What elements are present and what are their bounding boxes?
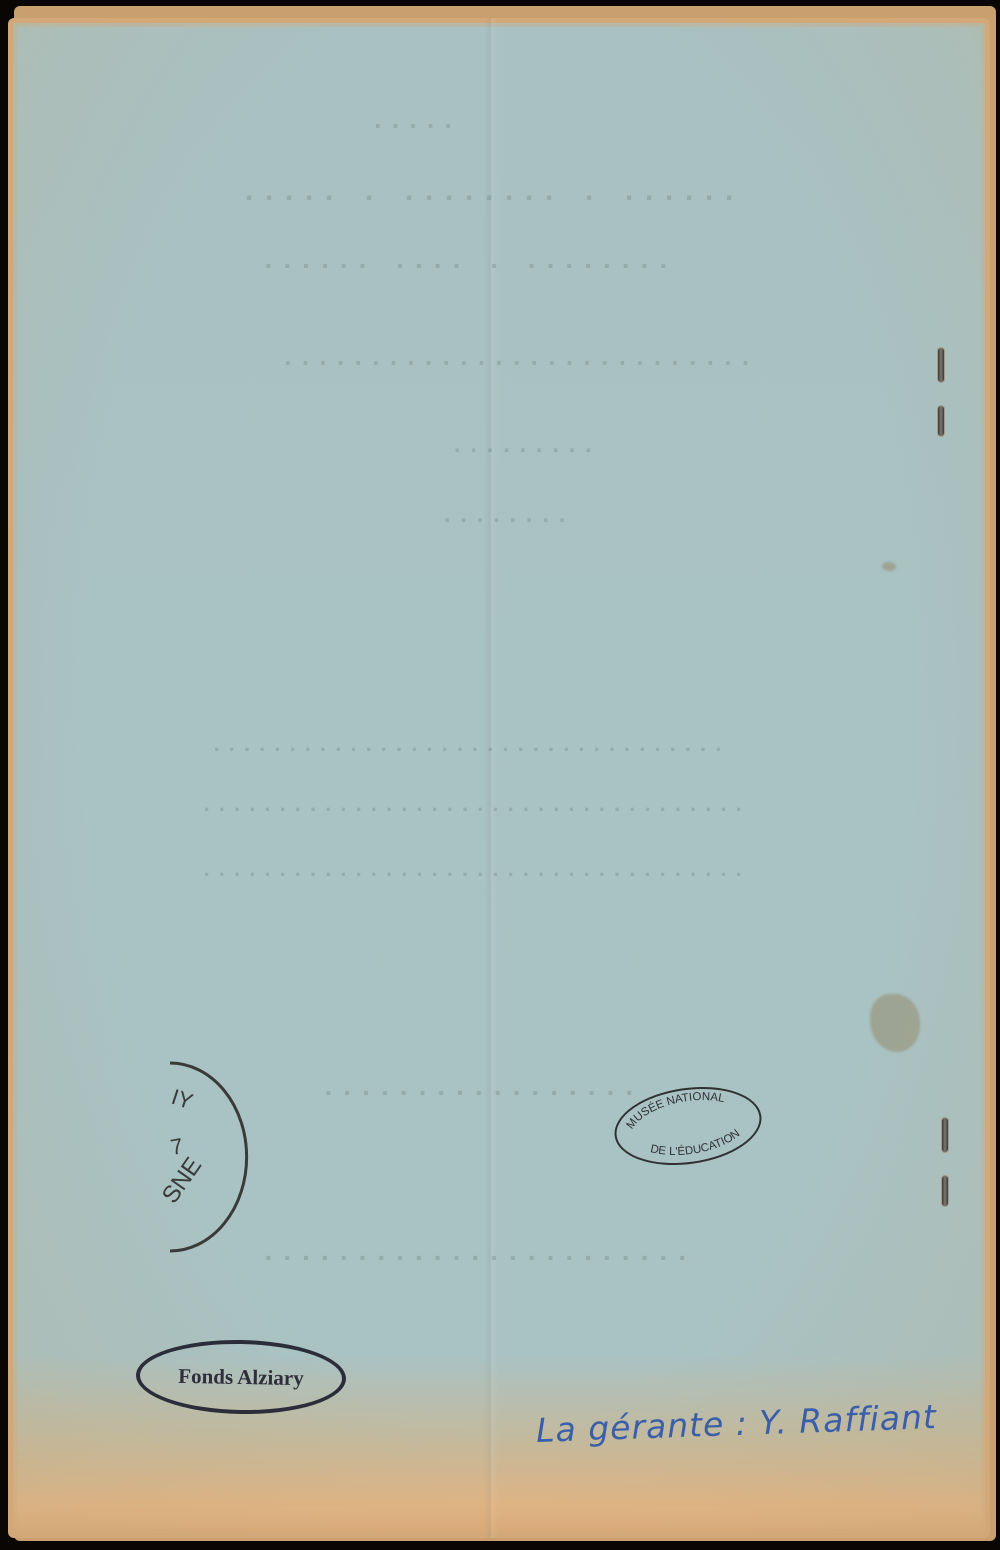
show-through-text: ...........................	[278, 343, 753, 373]
svg-text:IY: IY	[168, 1084, 196, 1114]
show-through-text: ........ . .... ......	[258, 246, 672, 277]
staple	[938, 406, 944, 436]
fonds-alziary-text: Fonds Alziary	[178, 1363, 304, 1390]
postmark-stamp: IY 7 SNE	[150, 1055, 250, 1260]
svg-text:DE L'ÉDUCATION: DE L'ÉDUCATION	[647, 1127, 744, 1163]
paper-stain	[870, 994, 920, 1052]
staple	[942, 1118, 948, 1152]
show-through-text: .......................	[258, 1238, 690, 1269]
show-through-text: .....	[368, 106, 456, 136]
svg-text:SNE: SNE	[157, 1153, 207, 1209]
document-page: ..... ...... . ........ . ..... ........…	[8, 18, 990, 1538]
show-through-text: ....................................	[198, 858, 745, 883]
staple	[938, 348, 944, 382]
show-through-text: ....................................	[198, 793, 745, 818]
show-through-text: ..................................	[208, 733, 725, 758]
paper-stain	[882, 562, 896, 571]
show-through-text: ........	[438, 503, 569, 530]
show-through-text: .................	[318, 1073, 638, 1104]
staple	[942, 1176, 948, 1206]
show-through-text: .........	[448, 433, 596, 460]
show-through-text: ...... . ........ . .....	[238, 176, 738, 210]
